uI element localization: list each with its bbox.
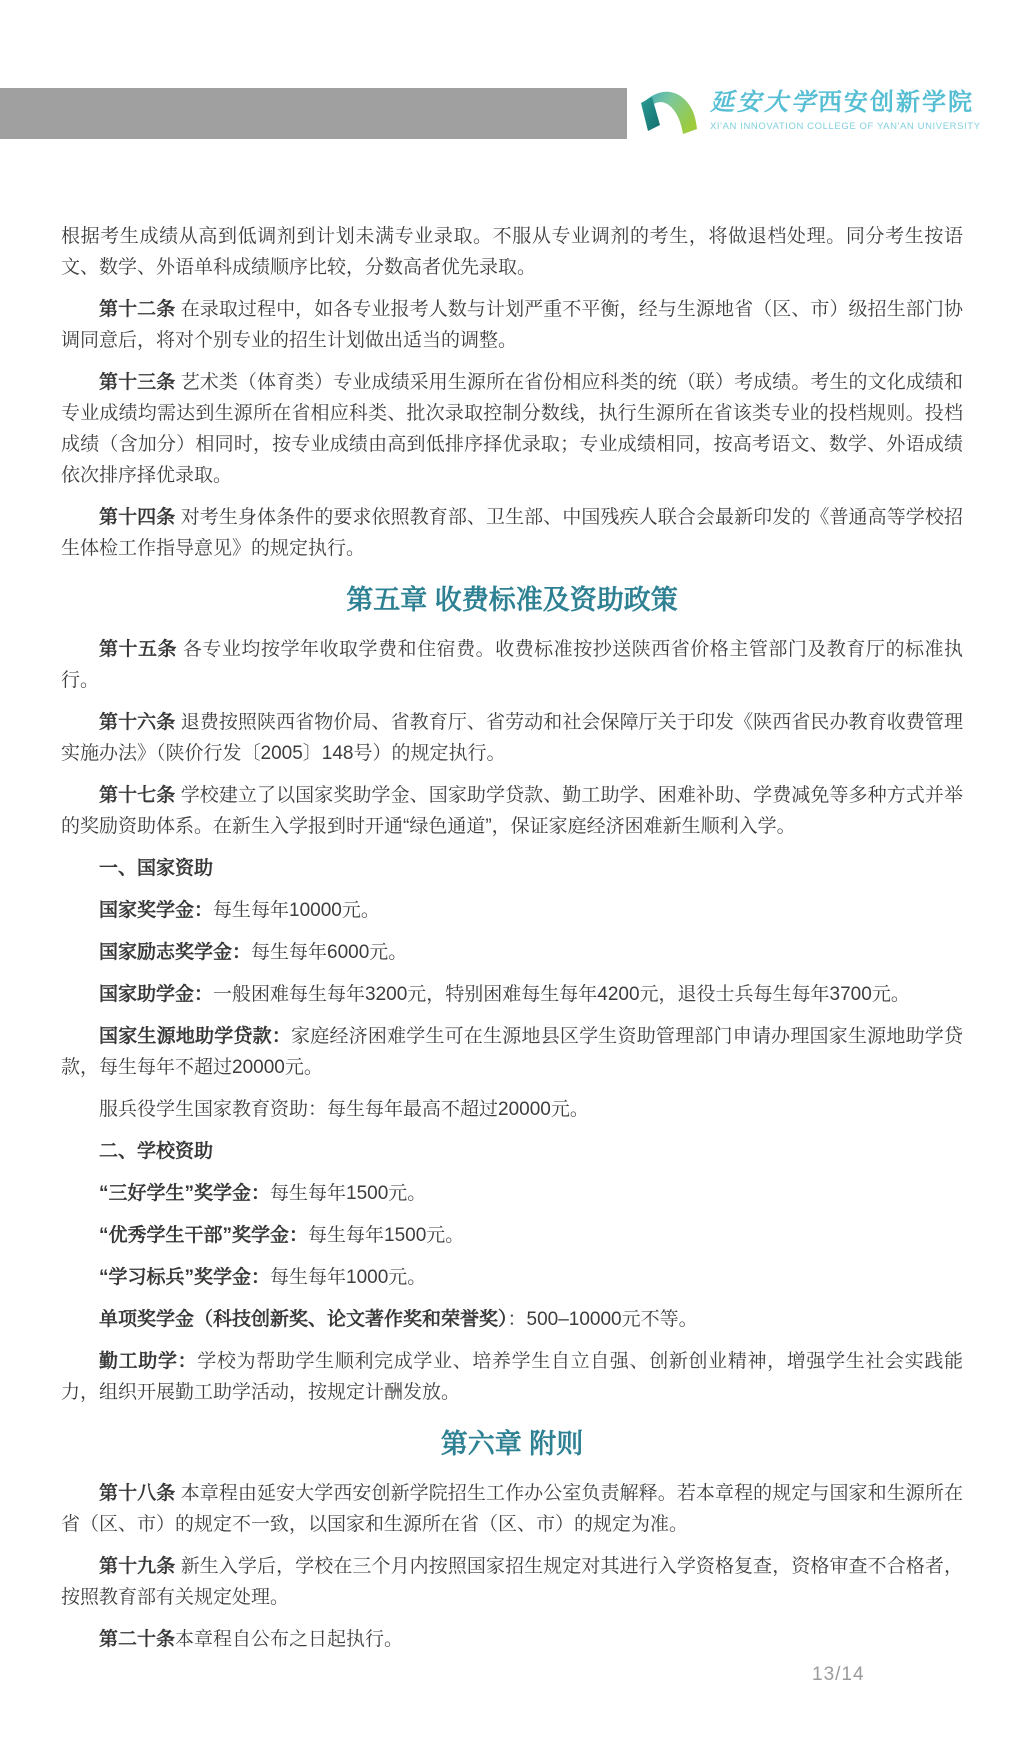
paragraph-label: 二、学校资助 xyxy=(99,1141,213,1162)
paragraph: 第十九条 新生入学后，学校在三个月内按照国家招生规定对其进行入学资格复查，资格审… xyxy=(61,1551,963,1613)
school-logo-text: 延安大学西安创新学院 XI'AN INNOVATION COLLEGE OF Y… xyxy=(710,90,981,131)
paragraph-label: 国家奖学金： xyxy=(99,900,213,921)
paragraph-text: 服兵役学生国家教育资助：每生每年最高不超过20000元。 xyxy=(99,1099,589,1120)
paragraph-text: 每生每年1500元。 xyxy=(308,1225,464,1246)
page-number: 13/14 xyxy=(812,1664,865,1686)
paragraph: 国家助学金：一般困难每生每年3200元，特别困难每生每年4200元，退役士兵每生… xyxy=(61,979,963,1010)
paragraph-text: 本章程自公布之日起执行。 xyxy=(175,1629,403,1650)
paragraph-label: 第十二条 xyxy=(99,299,175,320)
paragraph: 一、国家资助 xyxy=(61,853,963,884)
paragraph: 第十二条 在录取过程中，如各专业报考人数与计划严重不平衡，经与生源地省（区、市）… xyxy=(61,294,963,356)
paragraph-label: 第十五条 xyxy=(99,639,177,660)
paragraph-label: 一、国家资助 xyxy=(99,858,213,879)
paragraph-text: 每生每年10000元。 xyxy=(213,900,380,921)
paragraph: 根据考生成绩从高到低调剂到计划未满专业录取。不服从专业调剂的考生，将做退档处理。… xyxy=(61,221,963,283)
paragraph-label: 第十四条 xyxy=(99,507,175,528)
paragraph: “学习标兵”奖学金：每生每年1000元。 xyxy=(61,1262,963,1293)
paragraph-text: 各专业均按学年收取学费和住宿费。收费标准按抄送陕西省价格主管部门及教育厅的标准执… xyxy=(61,639,963,691)
school-logo-swoosh-icon xyxy=(638,84,700,138)
paragraph-text: 每生每年1000元。 xyxy=(270,1267,426,1288)
paragraph: 单项奖学金（科技创新奖、论文著作奖和荣誉奖）：500–10000元不等。 xyxy=(61,1304,963,1335)
paragraph-text: 根据考生成绩从高到低调剂到计划未满专业录取。不服从专业调剂的考生，将做退档处理。… xyxy=(61,226,963,278)
paragraph: “三好学生”奖学金：每生每年1500元。 xyxy=(61,1178,963,1209)
paragraph-label: 第十七条 xyxy=(99,785,175,806)
paragraph-label: 第十八条 xyxy=(99,1483,175,1504)
paragraph: 第十三条 艺术类（体育类）专业成绩采用生源所在省份相应科类的统（联）考成绩。考生… xyxy=(61,367,963,491)
paragraph-label: “三好学生”奖学金： xyxy=(99,1183,270,1204)
school-logo: 延安大学西安创新学院 XI'AN INNOVATION COLLEGE OF Y… xyxy=(638,84,981,138)
paragraph: 国家励志奖学金：每生每年6000元。 xyxy=(61,937,963,968)
paragraph: 第十六条 退费按照陕西省物价局、省教育厅、省劳动和社会保障厅关于印发《陕西省民办… xyxy=(61,707,963,769)
paragraph-text: 每生每年1500元。 xyxy=(270,1183,426,1204)
paragraph-label: 第二十条 xyxy=(99,1629,175,1650)
paragraph: 国家生源地助学贷款：家庭经济困难学生可在生源地县区学生资助管理部门申请办理国家生… xyxy=(61,1021,963,1083)
paragraph: 第十七条 学校建立了以国家奖助学金、国家助学贷款、勤工助学、困难补助、学费减免等… xyxy=(61,780,963,842)
paragraph: 国家奖学金：每生每年10000元。 xyxy=(61,895,963,926)
paragraph-label: 第十六条 xyxy=(99,712,175,733)
paragraph: 第十八条 本章程由延安大学西安创新学院招生工作办公室负责解释。若本章程的规定与国… xyxy=(61,1478,963,1540)
paragraph-label: “优秀学生干部”奖学金： xyxy=(99,1225,308,1246)
school-name-cn: 延安大学西安创新学院 xyxy=(710,90,981,116)
paragraph-text: 艺术类（体育类）专业成绩采用生源所在省份相应科类的统（联）考成绩。考生的文化成绩… xyxy=(61,372,963,486)
paragraph-label: 国家助学金： xyxy=(99,984,213,1005)
paragraph-text: 新生入学后，学校在三个月内按照国家招生规定对其进行入学资格复查，资格审查不合格者… xyxy=(61,1556,963,1608)
paragraph-label: 第十九条 xyxy=(99,1556,175,1577)
chapter-heading: 第六章 附则 xyxy=(61,1425,963,1463)
paragraph-text: ：500–10000元不等。 xyxy=(508,1309,698,1330)
paragraph: 二、学校资助 xyxy=(61,1136,963,1167)
school-name-calligraphy: 延安大学 xyxy=(710,90,818,116)
paragraph-text: 一般困难每生每年3200元，特别困难每生每年4200元，退役士兵每生每年3700… xyxy=(213,984,910,1005)
paragraph-text: 每生每年6000元。 xyxy=(251,942,407,963)
paragraph-label: 勤工助学： xyxy=(99,1351,197,1372)
paragraph: 勤工助学：学校为帮助学生顺利完成学业、培养学生自立自强、创新创业精神，增强学生社… xyxy=(61,1346,963,1408)
document-page: 延安大学西安创新学院 XI'AN INNOVATION COLLEGE OF Y… xyxy=(0,0,1024,1754)
paragraph-label: 国家励志奖学金： xyxy=(99,942,251,963)
paragraph-text: 对考生身体条件的要求依照教育部、卫生部、中国残疾人联合会最新印发的《普通高等学校… xyxy=(61,507,963,559)
header-gray-bar xyxy=(0,88,627,139)
paragraph-label: “学习标兵”奖学金： xyxy=(99,1267,270,1288)
school-name-en: XI'AN INNOVATION COLLEGE OF YAN'AN UNIVE… xyxy=(710,121,981,132)
chapter-heading: 第五章 收费标准及资助政策 xyxy=(61,581,963,619)
paragraph: 第十四条 对考生身体条件的要求依照教育部、卫生部、中国残疾人联合会最新印发的《普… xyxy=(61,502,963,564)
paragraph-text: 学校建立了以国家奖助学金、国家助学贷款、勤工助学、困难补助、学费减免等多种方式并… xyxy=(61,785,963,837)
paragraph-text: 退费按照陕西省物价局、省教育厅、省劳动和社会保障厅关于印发《陕西省民办教育收费管… xyxy=(61,712,963,764)
paragraph: 服兵役学生国家教育资助：每生每年最高不超过20000元。 xyxy=(61,1094,963,1125)
school-name-rest: 西安创新学院 xyxy=(818,89,974,116)
paragraph: 第二十条本章程自公布之日起执行。 xyxy=(61,1624,963,1655)
paragraph-label: 第十三条 xyxy=(99,372,175,393)
document-body: 根据考生成绩从高到低调剂到计划未满专业录取。不服从专业调剂的考生，将做退档处理。… xyxy=(61,221,963,1666)
paragraph-text: 在录取过程中，如各专业报考人数与计划严重不平衡，经与生源地省（区、市）级招生部门… xyxy=(61,299,963,351)
paragraph-label: 国家生源地助学贷款： xyxy=(99,1026,291,1047)
paragraph: “优秀学生干部”奖学金：每生每年1500元。 xyxy=(61,1220,963,1251)
paragraph-text: 本章程由延安大学西安创新学院招生工作办公室负责解释。若本章程的规定与国家和生源所… xyxy=(61,1483,963,1535)
paragraph-label: 单项奖学金（科技创新奖、论文著作奖和荣誉奖） xyxy=(99,1309,508,1330)
paragraph-text: 学校为帮助学生顺利完成学业、培养学生自立自强、创新创业精神，增强学生社会实践能力… xyxy=(61,1351,963,1403)
paragraph: 第十五条 各专业均按学年收取学费和住宿费。收费标准按抄送陕西省价格主管部门及教育… xyxy=(61,634,963,696)
